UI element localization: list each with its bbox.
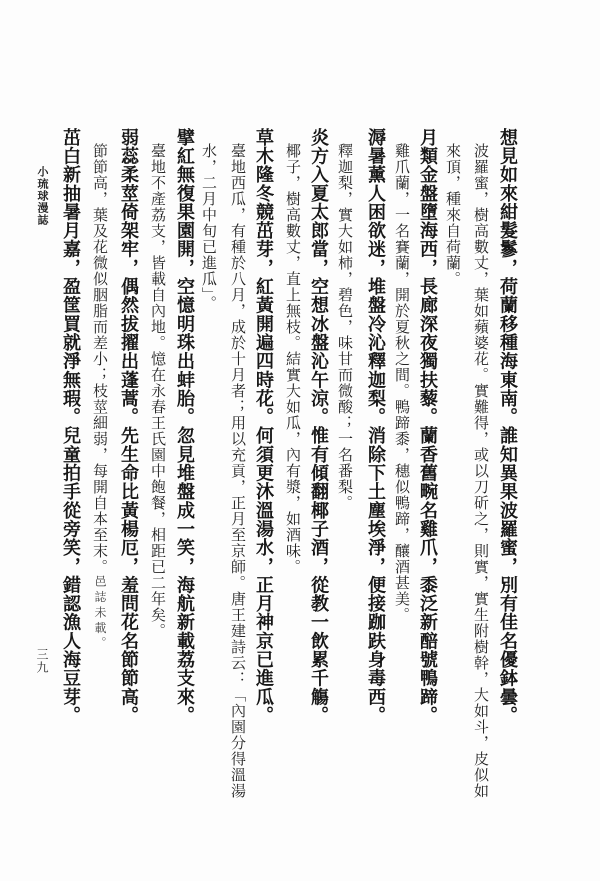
- verse-column: 擘紅無復果園開，空憶明珠出蚌胎。忽見堆盤成一笑，海航新載荔支來。: [174, 128, 193, 725]
- verse-column: 茁白新抽暑月嘉，盈筐買就淨無瑕。兒童拍手從旁笑，錯認漁人海豆芽。: [60, 128, 79, 725]
- note-column: 臺地不產荔支，皆載自內地。憶在永春王氏園中飽餐，相距已二年矣。: [149, 143, 165, 639]
- note-column: 臺地西瓜，有種於八月，成於十月者；用以充貢，正月至京師。唐王建詩云：「內園分得溫…: [229, 143, 245, 799]
- note-column: 水，二月中旬已進瓜」。: [200, 143, 216, 312]
- note-column: 波羅蜜，樹高數丈，葉如蘋婆花。實難得，或以刀斫之，則實，實生附樹幹，大如斗，皮似…: [472, 143, 488, 799]
- note-small-text: 邑誌未載。: [93, 575, 107, 652]
- verse-column: 溽暑薰人困欲迷，堆盤冷沁釋迦梨。消除下土塵埃淨，便接跏趺身毒西。: [365, 128, 384, 725]
- note-column: 節節高，葉及花微似胭脂而差小；枝莖細弱，每開自本至末。邑誌未載。: [91, 143, 107, 652]
- note-text: 節節高，葉及花微似胭脂而差小；枝莖細弱，每開自本至末。: [91, 143, 109, 575]
- verse-column: 月類金盤墮海西，長廊深夜獨扶藜。蘭香舊畹名雞爪，黍泛新醅號鴨蹄。: [417, 128, 436, 725]
- page-number: 三九: [36, 648, 48, 674]
- verse-column: 想見如來紺髮鬖，荷蘭移種海東南。誰知異果波羅蜜，別有佳名優鉢曇。: [497, 128, 516, 725]
- book-page: 想見如來紺髮鬖，荷蘭移種海東南。誰知異果波羅蜜，別有佳名優鉢曇。 波羅蜜，樹高數…: [0, 0, 600, 881]
- verse-column: 草木隆冬競茁芽，紅黃開遍四時花。何須更沐溫湯水，正月神京已進瓜。: [253, 128, 272, 725]
- verse-column: 炎方入夏太郎當，空想冰盤沁午涼。惟有傾翻椰子酒，從教一飲累千觴。: [308, 128, 327, 725]
- note-column: 來頂，種來自荷蘭。: [444, 143, 460, 287]
- running-title: 小琉球漫誌: [37, 166, 48, 226]
- note-column: 椰子，樹高數丈，直上無枝。結實大如瓜，內有漿，如酒味。: [284, 143, 300, 575]
- note-column: 釋迦梨，實大如柿，碧色，味甘而微酸；一名番梨。: [336, 143, 352, 511]
- verse-column: 弱蕊柔莖倚架牢，偶然拔擢出蓬蒿。先生命比黃楊厄，羞問花名節節高。: [118, 128, 137, 725]
- note-column: 雞爪蘭，一名賽蘭，開於夏秋之間。鴨蹄黍，穗似鴨蹄，釀酒甚美。: [393, 143, 409, 623]
